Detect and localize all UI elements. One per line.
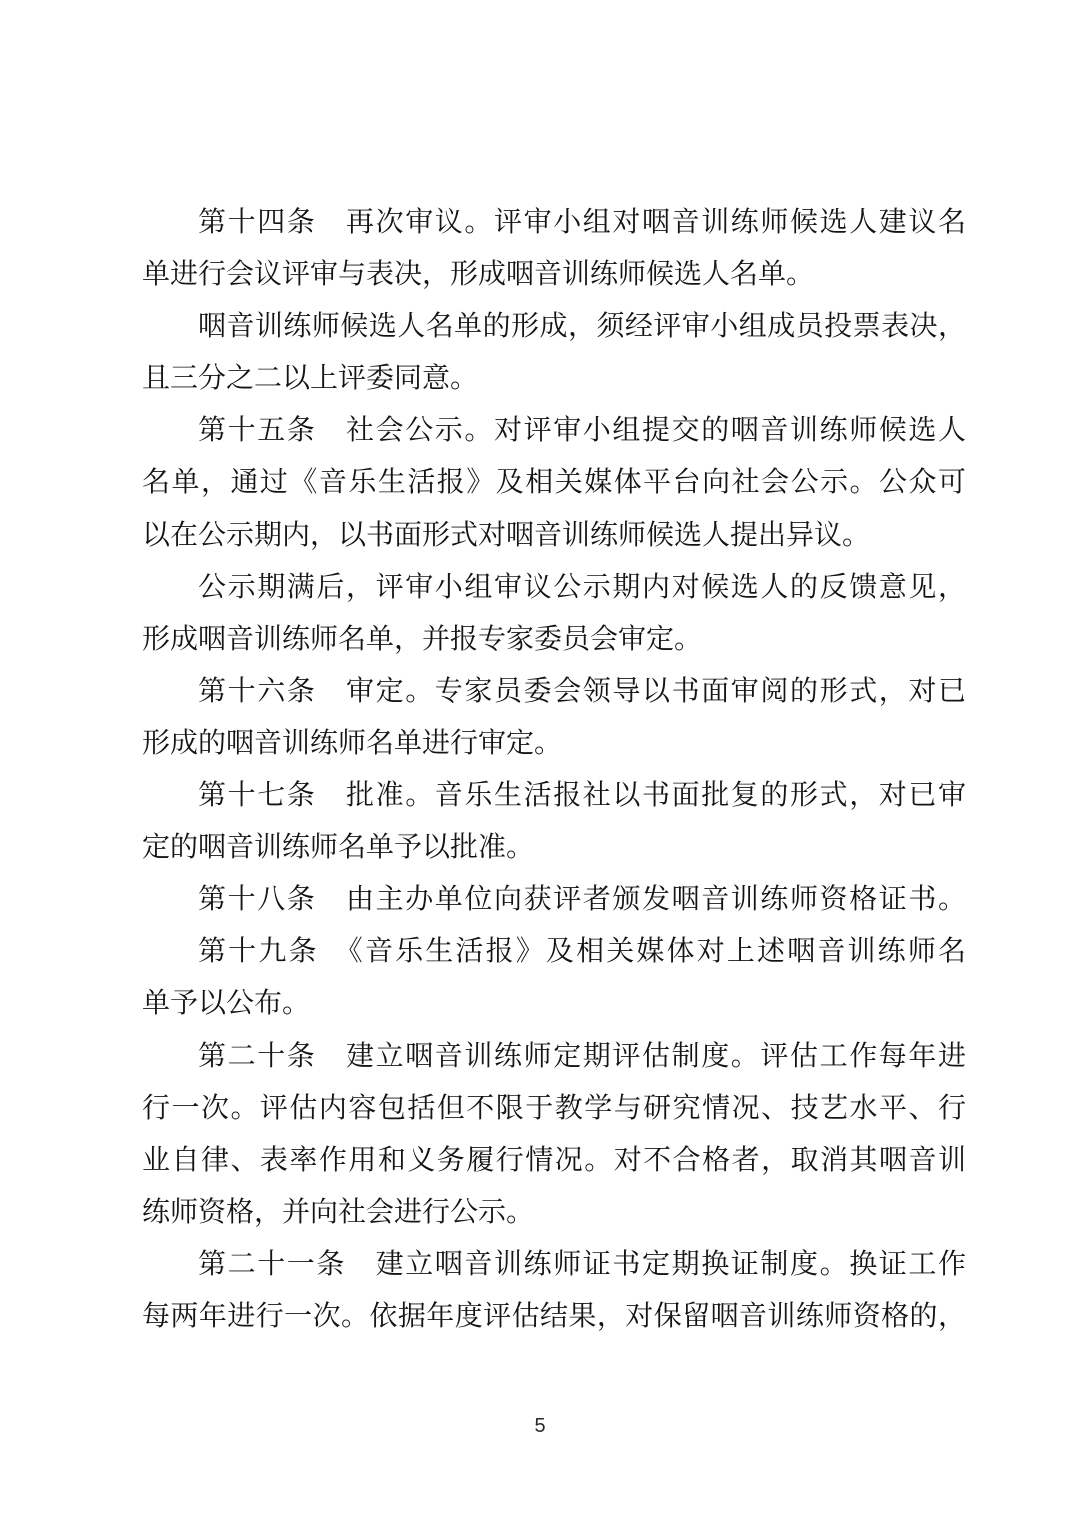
- text-line: 名单，通过《音乐生活报》及相关媒体平台向社会公示。公众可: [142, 457, 966, 509]
- text-line: 第十五条 社会公示。对评审小组提交的咽音训练师候选人: [142, 405, 966, 457]
- text-line: 第二十条 建立咽音训练师定期评估制度。评估工作每年进: [142, 1031, 966, 1083]
- text-line: 且三分之二以上评委同意。: [142, 353, 966, 405]
- text-line: 第十八条 由主办单位向获评者颁发咽音训练师资格证书。: [142, 874, 966, 926]
- text-line: 形成咽音训练师名单，并报专家委员会审定。: [142, 614, 966, 666]
- text-line: 形成的咽音训练师名单进行审定。: [142, 718, 966, 770]
- text-line: 第十四条 再次审议。评审小组对咽音训练师候选人建议名: [142, 197, 966, 249]
- text-line: 练师资格，并向社会进行公示。: [142, 1187, 966, 1239]
- text-line: 定的咽音训练师名单予以批准。: [142, 822, 966, 874]
- text-line: 单予以公布。: [142, 978, 966, 1030]
- text-line: 业自律、表率作用和义务履行情况。对不合格者，取消其咽音训: [142, 1135, 966, 1187]
- text-line: 行一次。评估内容包括但不限于教学与研究情况、技艺水平、行: [142, 1083, 966, 1135]
- document-page: 第十四条 再次审议。评审小组对咽音训练师候选人建议名单进行会议评审与表决，形成咽…: [0, 0, 1080, 1527]
- text-line: 第十九条 《音乐生活报》及相关媒体对上述咽音训练师名: [142, 926, 966, 978]
- text-line: 单进行会议评审与表决，形成咽音训练师候选人名单。: [142, 249, 966, 301]
- text-line: 每两年进行一次。依据年度评估结果，对保留咽音训练师资格的，: [142, 1291, 966, 1343]
- text-line: 以在公示期内，以书面形式对咽音训练师候选人提出异议。: [142, 510, 966, 562]
- text-line: 公示期满后，评审小组审议公示期内对候选人的反馈意见，: [142, 562, 966, 614]
- text-line: 第十六条 审定。专家员委会领导以书面审阅的形式，对已: [142, 666, 966, 718]
- text-body: 第十四条 再次审议。评审小组对咽音训练师候选人建议名单进行会议评审与表决，形成咽…: [142, 197, 966, 1343]
- text-line: 第二十一条 建立咽音训练师证书定期换证制度。换证工作: [142, 1239, 966, 1291]
- text-line: 第十七条 批准。音乐生活报社以书面批复的形式，对已审: [142, 770, 966, 822]
- page-number: 5: [0, 1413, 1080, 1439]
- text-line: 咽音训练师候选人名单的形成，须经评审小组成员投票表决，: [142, 301, 966, 353]
